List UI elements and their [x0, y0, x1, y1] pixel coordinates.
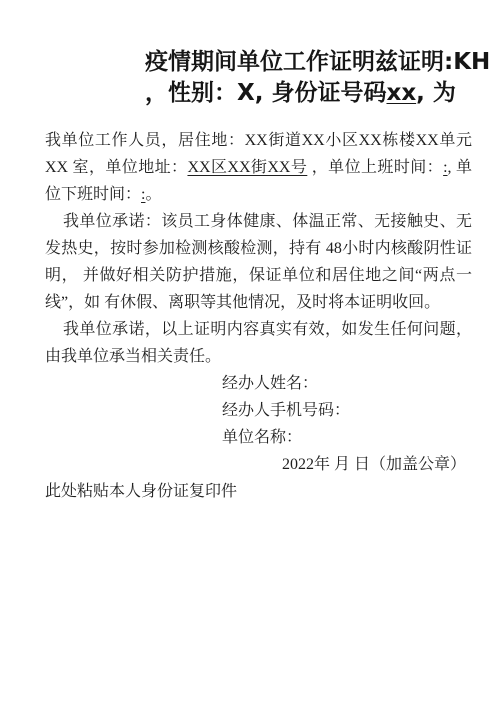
id-number-placeholder: xx: [386, 80, 416, 106]
residence-address-paragraph: 我单位工作人员，居住地：XX街道XX小区XX栋楼XX单元XX 室，单位地址：XX…: [45, 127, 472, 208]
sentence-end: 。: [145, 186, 161, 203]
document-page: 疫情期间单位工作证明兹证明:KH ，性别：X, 身份证号码xx, 为 我单位工作…: [0, 0, 500, 707]
validity-commitment-paragraph: 我单位承诺，以上证明内容真实有效，如发生任何问题，由我单位承当相关责任。: [45, 316, 472, 370]
company-address-placeholder: XX区XX街XX号: [187, 159, 307, 176]
document-title: 疫情期间单位工作证明兹证明:KH ，性别：X, 身份证号码xx, 为: [145, 47, 485, 109]
title-line-2: ，性别：X, 身份证号码xx, 为: [145, 78, 485, 109]
work-time-text: ，单位上班时间：: [307, 159, 443, 176]
title-line-2-prefix: ，性别：X, 身份证号码: [145, 80, 386, 106]
handler-name-label: 经办人姓名：: [222, 370, 472, 397]
title-text: 疫情期间单位工作证明兹证明:KH: [145, 49, 490, 75]
title-line-1: 疫情期间单位工作证明兹证明:KH: [145, 47, 485, 78]
id-copy-paste-note: 此处粘贴本人身份证复印件: [45, 478, 472, 505]
document-body: 我单位工作人员，居住地：XX街道XX小区XX栋楼XX单元XX 室，单位地址：XX…: [45, 127, 472, 505]
company-name-label: 单位名称：: [222, 424, 472, 451]
health-commitment-paragraph: 我单位承诺：该员工身体健康、体温正常、无接触史、无发热史，按时参加检测核酸检测，…: [45, 208, 472, 316]
handler-phone-label: 经办人手机号码：: [222, 397, 472, 424]
title-line-2-suffix: , 为: [416, 80, 456, 106]
date-and-seal-line: 2022年 月 日（加盖公章）: [282, 451, 472, 478]
